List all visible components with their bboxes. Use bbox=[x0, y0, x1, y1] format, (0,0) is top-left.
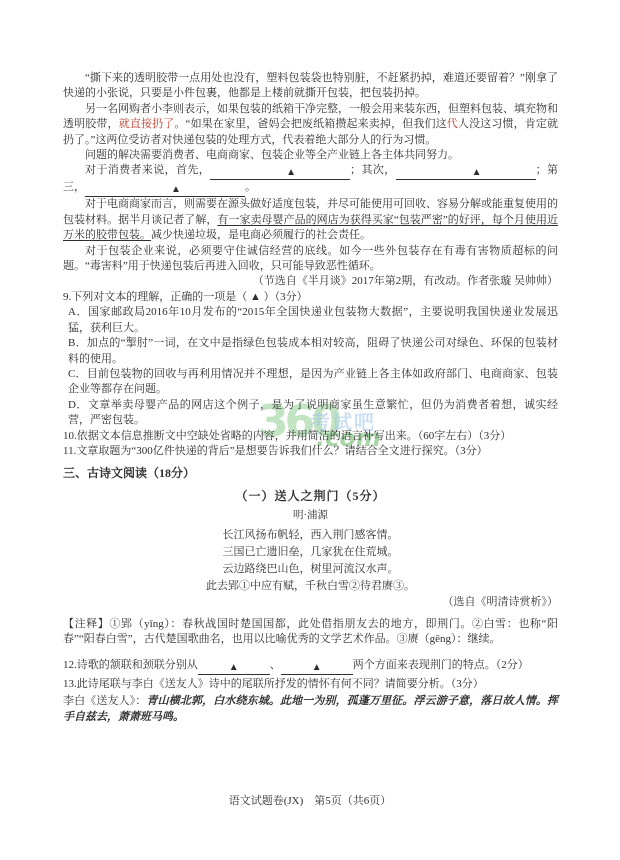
libai-poem-reference: 李白《送友人》：青山横北郭，白水绕东城。此地一为别，孤蓬万里征。浮云游子意，落日… bbox=[63, 694, 558, 725]
red-highlight-text: 就直接扔了 bbox=[119, 118, 175, 130]
triangle-marker: ▲ bbox=[286, 167, 296, 178]
question-9-option-b: B．加点的“掣肘”一词，在文中是指绿色包装成本相对较高，阻碍了快递公司对绿色、环… bbox=[63, 336, 558, 367]
exam-body: “撕下来的透明胶带一点用处也没有，塑料包装袋也特别脏，不赶紧扔掉，难道还要留着？… bbox=[63, 71, 558, 725]
paragraph-zhang-quote: “撕下来的透明胶带一点用处也没有，塑料包装袋也特别脏，不赶紧扔掉，难道还要留着？… bbox=[63, 71, 558, 102]
question-12-tail: 两个方面来表现荆门的特点。（2分） bbox=[353, 659, 529, 671]
poem-line-4: 此去郢①中应有赋，千秋白雪②待君赓③。 bbox=[63, 578, 558, 595]
question-12: 12.诗歌的颔联和颈联分别从▲、▲两个方面来表现荆门的特点。（2分） bbox=[63, 658, 558, 675]
paragraph-packaging-company: 对于包装企业来说，必须要守住诚信经营的底线。如今一些外包装存在有毒有害物质超标的… bbox=[63, 244, 558, 275]
question-12-mid: 、 bbox=[270, 659, 281, 671]
poem-line-1: 长江风扬布帆轻，西入荆门感客情。 bbox=[63, 527, 558, 544]
answer-blank-3: ▲ bbox=[85, 183, 245, 197]
excerpt-source-line: （节选自《半月谈》2017年第2期，有改动。作者张璇 吴帅帅） bbox=[63, 274, 558, 289]
poem-body: 长江风扬布帆轻，西入荆门感客情。 三国已亡遗旧垒，几家犹在住荒城。 云边路绕巴山… bbox=[63, 527, 558, 595]
question-9-option-d: D．文章举卖母婴产品的网店这个例子，是为了说明商家虽生意繁忙，但仍为消费者着想，… bbox=[63, 398, 558, 429]
blank-tail-text: 。 bbox=[245, 181, 256, 193]
triangle-marker: ▲ bbox=[229, 662, 239, 673]
blank-lead-text: 对于消费者来说，首先， bbox=[85, 164, 210, 176]
section-heading-ancient-poetry: 三、古诗文阅读（18分） bbox=[63, 466, 558, 481]
question-12-lead: 12.诗歌的颔联和颈联分别从 bbox=[63, 659, 198, 671]
paragraph-text: “撕下来的透明胶带一点用处也没有，塑料包装袋也特别脏，不赶紧扔掉，难道还要留着？… bbox=[63, 72, 558, 99]
paragraph-problem-solving: 问题的解决需要消费者、电商商家、包装企业等全产业链上各主体共同努力。 bbox=[63, 148, 558, 163]
triangle-marker: ▲ bbox=[472, 167, 482, 178]
red-highlight-char: 代 bbox=[447, 118, 458, 130]
triangle-marker: ▲ bbox=[171, 184, 181, 195]
question-13: 13.此诗尾联与李白《送友人》诗中的尾联所抒发的情怀有何不同？请简要分析。（3分… bbox=[63, 677, 558, 692]
answer-blank-q12-1: ▲ bbox=[198, 661, 270, 675]
question-10: 10.依据文本信息推断文中空缺处省略的内容，并用简洁的语言补写出来。（60字左右… bbox=[63, 429, 558, 444]
poem-line-2: 三国已亡遗旧垒，几家犹在住荒城。 bbox=[63, 544, 558, 561]
paragraph-consumer-blanks: 对于消费者来说，首先，▲；其次，▲；第三，▲。 bbox=[63, 163, 558, 197]
poem-footnotes: 【注释】①郢（yǐng）：春秋战国时楚国国都，此处借指朋友去的地方，即荆门。②白… bbox=[63, 617, 558, 648]
answer-blank-q12-2: ▲ bbox=[281, 661, 353, 675]
poem-source-line: （选自《明清诗赏析》） bbox=[63, 595, 558, 610]
question-9-option-c: C．目前包装物的回收与再利用情况并不理想，是因为产业链上各主体如政府部门、电商商… bbox=[63, 367, 558, 398]
paragraph-text: 。“如果在家里，爸妈会把废纸箱攒起来卖掉，但我们这 bbox=[174, 118, 446, 130]
libai-poem-label: 李白《送友人》： bbox=[63, 695, 147, 707]
poem-author: 明·浦源 bbox=[63, 508, 558, 523]
blank-mid-text: ；其次， bbox=[350, 164, 396, 176]
paragraph-li-quote: 另一名网购者小李则表示，如果包装的纸箱干净完整，一般会用来装东西，但塑料包装、填… bbox=[63, 102, 558, 148]
paragraph-ecommerce: 对于电商商家而言，则需要在源头做好适度包装，并尽可能使用可回收、容易分解或能重复… bbox=[63, 197, 558, 243]
answer-blank-1: ▲ bbox=[210, 166, 350, 180]
exam-paper-page: 360 考试吧 .com “撕下来的透明胶带一点用处也没有，塑料包装袋也特别脏，… bbox=[0, 0, 620, 860]
question-9: 9.下列对文本的理解，正确的一项是（ ▲ ）（3分） bbox=[63, 290, 558, 305]
page-footer: 语文试题卷(JX) 第5页（共6页） bbox=[0, 792, 620, 808]
poem-title: （一）送人之荆门（5分） bbox=[63, 489, 558, 504]
poem-line-3: 云边路绕巴山色，树里河流汉水声。 bbox=[63, 561, 558, 578]
answer-blank-2: ▲ bbox=[396, 166, 536, 180]
question-11: 11.文章取题为“300亿件快递的背后”是想要告诉我们什么？请结合全文进行探究。… bbox=[63, 444, 558, 459]
triangle-marker: ▲ bbox=[312, 662, 322, 673]
question-9-option-a: A．国家邮政局2016年10月发布的“2015年全国快递业包装物大数据”，主要说… bbox=[63, 305, 558, 336]
paragraph-text: 减少快递垃圾，是电商必须履行的社会责任。 bbox=[151, 229, 371, 241]
